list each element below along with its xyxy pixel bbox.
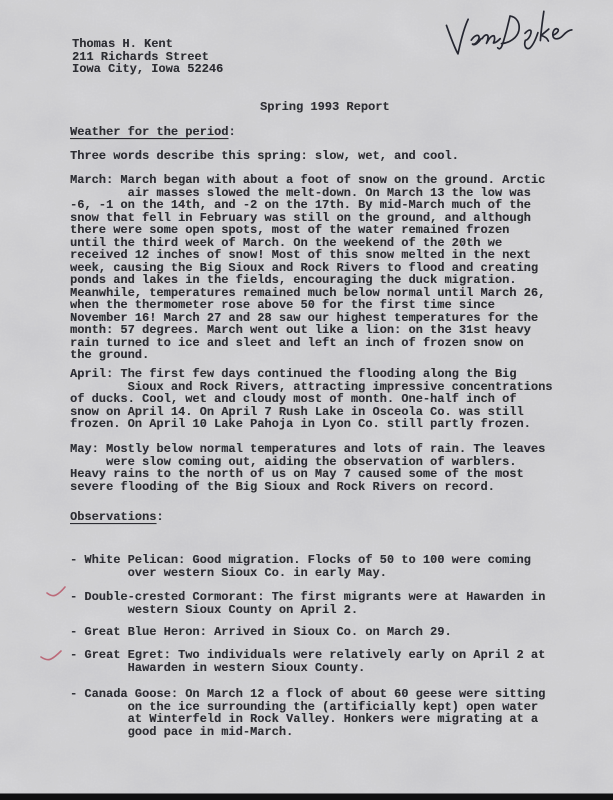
weather-heading-colon: : <box>228 125 235 139</box>
scanned-letter-page: Thomas H. Kent 211 Richards Street Iowa … <box>0 0 613 800</box>
observation-great-egret: - Great Egret: Two individuals were rela… <box>70 649 545 674</box>
handwritten-signature <box>436 0 589 68</box>
scan-edge-bar <box>0 793 613 800</box>
observation-great-blue-heron: - Great Blue Heron: Arrived in Sioux Co.… <box>70 626 452 639</box>
may-paragraph: May: Mostly below normal temperatures an… <box>70 443 545 493</box>
weather-section-heading: Weather for the period: <box>70 126 236 139</box>
march-paragraph: March: March began with about a foot of … <box>70 174 545 362</box>
april-paragraph: April: The first few days continued the … <box>70 368 552 431</box>
report-title: Spring 1993 Report <box>260 101 390 114</box>
weather-heading-text: Weather for the period <box>70 125 228 139</box>
sender-address: Thomas H. Kent 211 Richards Street Iowa … <box>72 38 223 76</box>
intro-paragraph: Three words describe this spring: slow, … <box>70 150 459 163</box>
checkmark-icon <box>40 647 62 661</box>
observations-heading-text: Observations <box>70 510 156 524</box>
checkmark-icon <box>46 584 66 598</box>
observation-white-pelican: - White Pelican: Good migration. Flocks … <box>70 554 531 579</box>
observation-canada-goose: - Canada Goose: On March 12 a flock of a… <box>70 688 545 738</box>
observations-heading-colon: : <box>156 510 163 524</box>
observation-double-crested-cormorant: - Double-crested Cormorant: The first mi… <box>70 591 545 616</box>
observations-section-heading: Observations: <box>70 511 164 524</box>
